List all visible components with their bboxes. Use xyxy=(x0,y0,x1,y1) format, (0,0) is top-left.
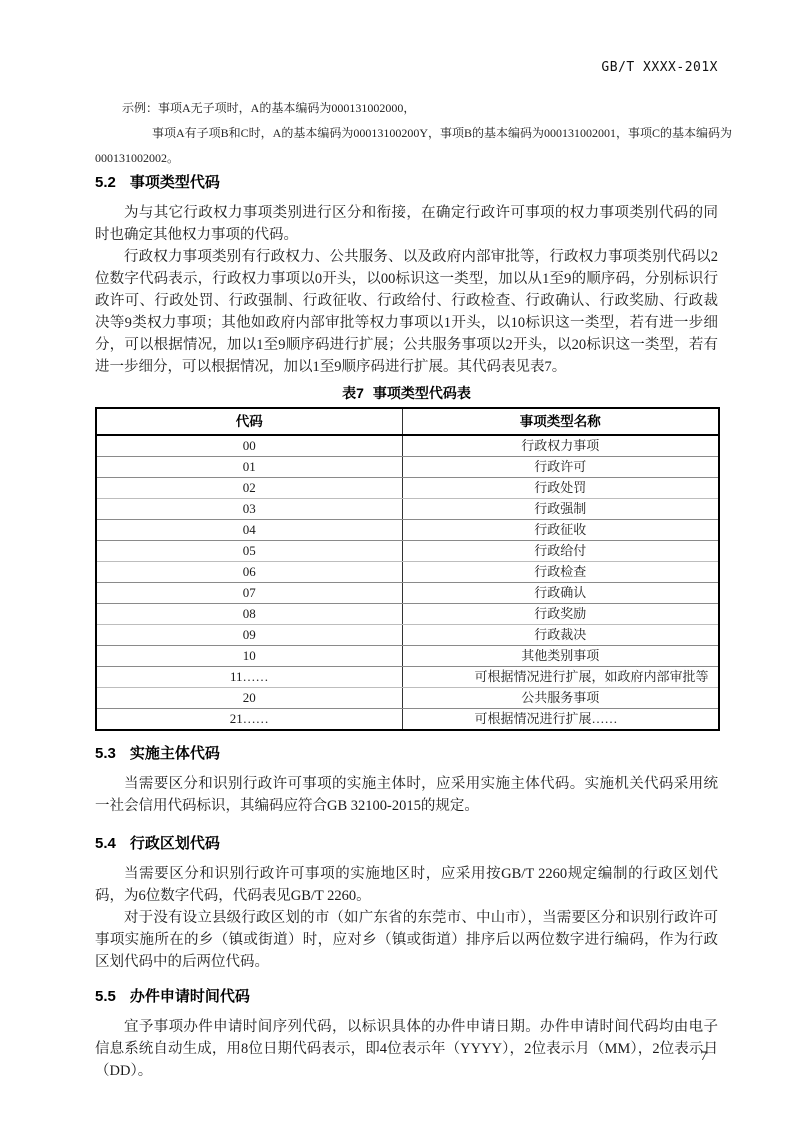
paragraph-5-2-2: 行政权力事项类别有行政权力、公共服务、以及政府内部审批等，行政权力事项类别代码以… xyxy=(95,246,718,378)
section-title: 事项类型代码 xyxy=(130,174,220,191)
document-page: GB/T XXXX-201X 示例：事项A无子项时，A的基本编码为0001310… xyxy=(0,0,793,1122)
cell-name: 行政征收 xyxy=(402,520,719,541)
example-line-1: 示例：事项A无子项时，A的基本编码为000131002000， xyxy=(95,96,718,121)
item-type-code-table: 代码 事项类型名称 00行政权力事项 01行政许可 02行政处罚 03行政强制 … xyxy=(95,407,720,731)
column-header-code: 代码 xyxy=(96,408,402,435)
example-line-3: 000131002002。 xyxy=(95,146,718,171)
section-heading-5-4: 5.4行政区划代码 xyxy=(95,834,718,854)
section-title: 行政区划代码 xyxy=(130,835,220,852)
cell-code: 09 xyxy=(96,625,402,646)
cell-code: 20 xyxy=(96,688,402,709)
table-header-row: 代码 事项类型名称 xyxy=(96,408,719,435)
paragraph-5-3-1: 当需要区分和识别行政许可事项的实施主体时，应采用实施主体代码。实施机关代码采用统… xyxy=(95,773,718,817)
cell-code: 07 xyxy=(96,583,402,604)
cell-code: 04 xyxy=(96,520,402,541)
section-number: 5.4 xyxy=(95,835,116,852)
section-heading-5-5: 5.5办件申请时间代码 xyxy=(95,987,718,1007)
table-row: 03行政强制 xyxy=(96,499,719,520)
cell-name: 行政裁决 xyxy=(402,625,719,646)
table-row: 00行政权力事项 xyxy=(96,435,719,457)
table-caption-title: 事项类型代码表 xyxy=(373,385,471,401)
cell-code: 05 xyxy=(96,541,402,562)
table-row: 04行政征收 xyxy=(96,520,719,541)
standard-number-header: GB/T XXXX-201X xyxy=(95,60,718,76)
section-title: 办件申请时间代码 xyxy=(130,988,250,1005)
column-header-name: 事项类型名称 xyxy=(402,408,719,435)
cell-name: 行政确认 xyxy=(402,583,719,604)
cell-name: 行政给付 xyxy=(402,541,719,562)
cell-name: 可根据情况进行扩展，如政府内部审批等 xyxy=(402,667,719,688)
section-number: 5.5 xyxy=(95,988,116,1005)
paragraph-5-4-1: 当需要区分和识别行政许可事项的实施地区时，应采用按GB/T 2260规定编制的行… xyxy=(95,863,718,907)
table-caption-label: 表7 xyxy=(342,385,364,401)
table-row: 09行政裁决 xyxy=(96,625,719,646)
cell-code: 11…… xyxy=(96,667,402,688)
cell-name: 行政许可 xyxy=(402,457,719,478)
section-number: 5.3 xyxy=(95,745,116,762)
example-line-2: 事项A有子项B和C时，A的基本编码为00013100200Y，事项B的基本编码为… xyxy=(95,121,718,146)
cell-code: 10 xyxy=(96,646,402,667)
cell-code: 21…… xyxy=(96,709,402,731)
cell-name: 其他类别事项 xyxy=(402,646,719,667)
table-caption: 表7事项类型代码表 xyxy=(95,385,718,402)
cell-name: 公共服务事项 xyxy=(402,688,719,709)
cell-code: 06 xyxy=(96,562,402,583)
table-row: 02行政处罚 xyxy=(96,478,719,499)
table-row-extension: 11……可根据情况进行扩展，如政府内部审批等 xyxy=(96,667,719,688)
table-row: 10其他类别事项 xyxy=(96,646,719,667)
section-heading-5-3: 5.3实施主体代码 xyxy=(95,744,718,764)
cell-code: 03 xyxy=(96,499,402,520)
paragraph-5-2-1: 为与其它行政权力事项类别进行区分和衔接，在确定行政许可事项的权力事项类别代码的同… xyxy=(95,202,718,246)
section-heading-5-2: 5.2事项类型代码 xyxy=(95,173,718,193)
section-number: 5.2 xyxy=(95,174,116,191)
paragraph-5-5-1: 宜予事项办件申请时间序列代码，以标识具体的办件申请日期。办件申请时间代码均由电子… xyxy=(95,1016,718,1082)
table-row: 06行政检查 xyxy=(96,562,719,583)
section-title: 实施主体代码 xyxy=(130,745,220,762)
table-row: 20公共服务事项 xyxy=(96,688,719,709)
table-row: 08行政奖励 xyxy=(96,604,719,625)
table-row: 07行政确认 xyxy=(96,583,719,604)
page-number: 7 xyxy=(701,1048,708,1064)
cell-code: 08 xyxy=(96,604,402,625)
cell-name: 行政奖励 xyxy=(402,604,719,625)
paragraph-5-4-2: 对于没有设立县级行政区划的市（如广东省的东莞市、中山市），当需要区分和识别行政许… xyxy=(95,907,718,973)
cell-name: 行政检查 xyxy=(402,562,719,583)
table-row: 01行政许可 xyxy=(96,457,719,478)
cell-code: 00 xyxy=(96,435,402,457)
cell-name: 可根据情况进行扩展…… xyxy=(402,709,719,731)
cell-code: 02 xyxy=(96,478,402,499)
cell-name: 行政强制 xyxy=(402,499,719,520)
example-block: 示例：事项A无子项时，A的基本编码为000131002000， 事项A有子项B和… xyxy=(95,96,718,171)
table-row-extension: 21……可根据情况进行扩展…… xyxy=(96,709,719,731)
cell-name: 行政处罚 xyxy=(402,478,719,499)
cell-name: 行政权力事项 xyxy=(402,435,719,457)
table-row: 05行政给付 xyxy=(96,541,719,562)
cell-code: 01 xyxy=(96,457,402,478)
